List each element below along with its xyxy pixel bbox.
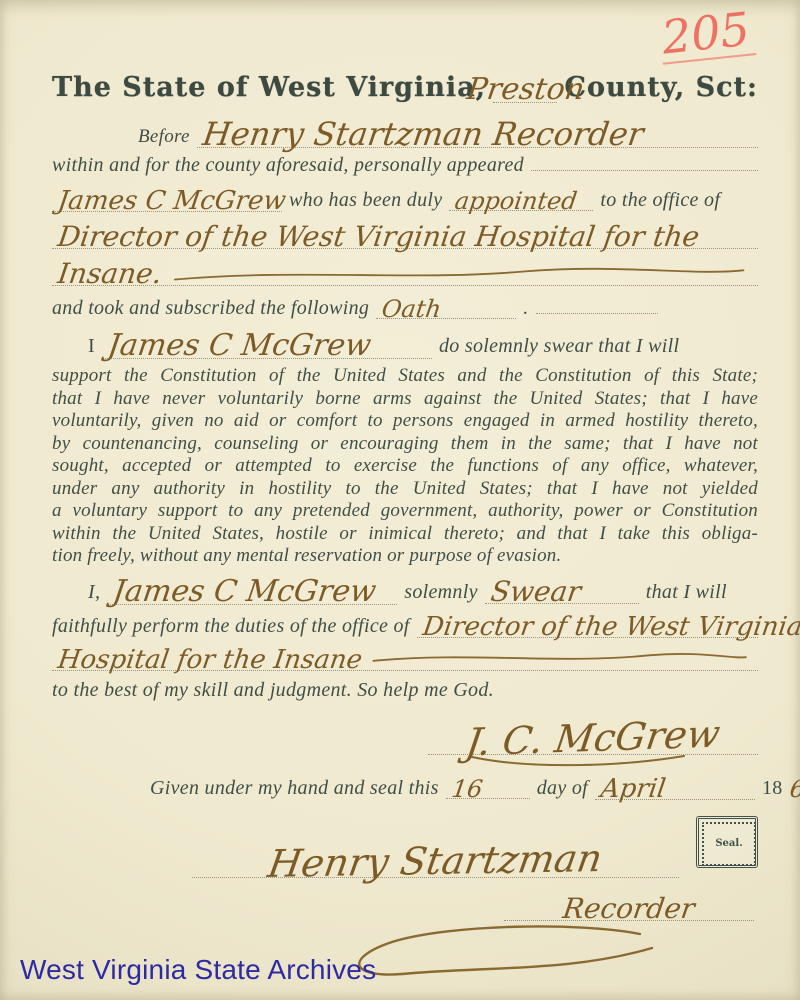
appointee-name-blank: James C McGrew: [52, 185, 282, 212]
oath-word-handwritten: Oath: [381, 297, 443, 321]
oath-name-handwritten: James C McGrew: [106, 331, 373, 361]
officer-signature-row: Henry Startzman Seal.: [52, 816, 758, 878]
appointee-signature-line: J. C. McGrew: [428, 716, 758, 755]
oath-word-blank: Oath: [376, 294, 516, 319]
appointed-word-handwritten: appointed: [454, 189, 579, 213]
swear-word-handwritten: Swear: [489, 578, 583, 606]
paragraph-line: a voluntary support to any pretended gov…: [52, 500, 758, 523]
officer-signature: Henry Startzman: [266, 839, 605, 883]
day-blank: 16: [446, 774, 530, 799]
closing-text: to the best of my skill and judgment. So…: [52, 679, 494, 702]
paragraph-line: sought, accepted or attempted to exercis…: [52, 455, 758, 478]
appeared-blank: [531, 170, 758, 171]
office-oath-name-handwritten: James C McGrew: [111, 577, 378, 607]
officer-title-line: Recorder: [504, 892, 754, 921]
i-comma: I,: [88, 581, 100, 604]
month-handwritten: April: [599, 776, 667, 802]
duly-text: who has been duly: [289, 189, 442, 212]
paragraph-line: tion freely, without any mental reservat…: [52, 545, 758, 568]
appeared-row: within and for the county aforesaid, per…: [52, 154, 758, 177]
flourish-icon: [366, 648, 752, 670]
that-i-will-text: that I will: [646, 581, 727, 604]
office-line2-handwritten: Insane.: [56, 260, 164, 288]
swirl-flourish-icon: [330, 920, 660, 990]
paragraph-line: voluntarily, given no aid or comfort to …: [52, 410, 758, 433]
appointee-name-handwritten: James C McGrew: [56, 188, 287, 214]
appointed-word-blank: appointed: [449, 186, 593, 211]
perform-text: faithfully perform the duties of the off…: [52, 615, 410, 638]
paragraph-line: within the United States, hostile or ini…: [52, 523, 758, 546]
office-oath-name-blank: James C McGrew: [107, 574, 397, 605]
county-name-blank: Preston: [493, 72, 557, 103]
office-line1-blank: Director of the West Virginia Hospital f…: [52, 220, 758, 249]
flourish-icon: [166, 263, 752, 285]
oath-name-blank: James C McGrew: [102, 328, 432, 359]
header-row: The State of West Virginia, Preston Coun…: [52, 72, 758, 103]
swear-word-blank: Swear: [485, 575, 639, 604]
office-oath-office1-blank: Director of the West Virginia: [417, 611, 758, 638]
office-intro-text: to the office of: [600, 189, 720, 212]
office-line2-row: Insane.: [52, 257, 758, 286]
closing-row: to the best of my skill and judgment. So…: [52, 679, 758, 702]
oath-period: .: [523, 297, 528, 320]
day-handwritten: 16: [450, 777, 484, 801]
date-row: Given under my hand and seal this 16 day…: [150, 773, 758, 800]
office-oath-office1-handwritten: Director of the West Virginia: [421, 614, 800, 640]
year-printed: 18: [762, 777, 783, 800]
subscribed-trailing-blank: [536, 313, 658, 314]
office-oath-office2-handwritten: Hospital for the Insane: [56, 647, 364, 673]
subscribed-text: and took and subscribed the following: [52, 297, 369, 320]
officer-title-handwritten: Recorder: [561, 895, 696, 923]
state-title: The State of West Virginia,: [52, 72, 486, 103]
before-row: Before Henry Startzman Recorder: [138, 115, 758, 148]
oath-paragraph: support the Constitution of the United S…: [52, 365, 758, 568]
seal-icon: Seal.: [696, 816, 758, 868]
office-oath-row1: I, James C McGrew solemnly Swear that I …: [88, 574, 758, 605]
seal-label: Seal.: [715, 838, 742, 849]
paragraph-line: by countenancing, counseling or encourag…: [52, 433, 758, 456]
archive-watermark: West Virginia State Archives: [20, 954, 376, 986]
given-prefix: Given under my hand and seal this: [150, 777, 439, 800]
paragraph-line: support the Constitution of the United S…: [52, 365, 758, 388]
office-line1-row: Director of the West Virginia Hospital f…: [52, 220, 758, 249]
solemnly-label: solemnly: [404, 581, 478, 604]
oath-pronoun: I: [88, 335, 95, 358]
office-line1-handwritten: Director of the West Virginia Hospital f…: [56, 223, 701, 251]
office-line2-blank: Insane.: [52, 257, 758, 286]
county-name-handwritten: Preston: [465, 75, 586, 105]
appeared-text: within and for the county aforesaid, per…: [52, 154, 524, 177]
seal-inner-border: Seal.: [702, 822, 756, 866]
signature-flourish-icon: [468, 753, 688, 769]
office-oath-row3: Hospital for the Insane: [52, 644, 758, 671]
year-handwritten: 69: [788, 777, 800, 801]
month-blank: April: [595, 773, 755, 800]
oath-intro-row: I James C McGrew do solemnly swear that …: [88, 328, 758, 359]
day-of-label: day of: [537, 777, 588, 800]
paragraph-line: under any authority in hostility to the …: [52, 478, 758, 501]
swear-intro-text: do solemnly swear that I will: [439, 335, 679, 358]
office-oath-office2-blank: Hospital for the Insane: [52, 644, 758, 671]
paragraph-line: that I have never voluntarily borne arms…: [52, 388, 758, 411]
oath-of-office-document: 205 The State of West Virginia, Preston …: [0, 0, 800, 1000]
officer-signature-line: Henry Startzman: [192, 839, 679, 878]
county-suffix: County, Sct:: [564, 72, 758, 103]
officer-name-handwritten: Henry Startzman Recorder: [201, 118, 646, 150]
officer-name-blank: Henry Startzman Recorder: [197, 115, 758, 148]
appointee-row: James C McGrew who has been duly appoint…: [52, 185, 758, 212]
before-label: Before: [138, 126, 190, 148]
office-oath-row2: faithfully perform the duties of the off…: [52, 611, 758, 638]
archive-number: 205: [658, 5, 757, 65]
subscribed-row: and took and subscribed the following Oa…: [52, 294, 758, 320]
